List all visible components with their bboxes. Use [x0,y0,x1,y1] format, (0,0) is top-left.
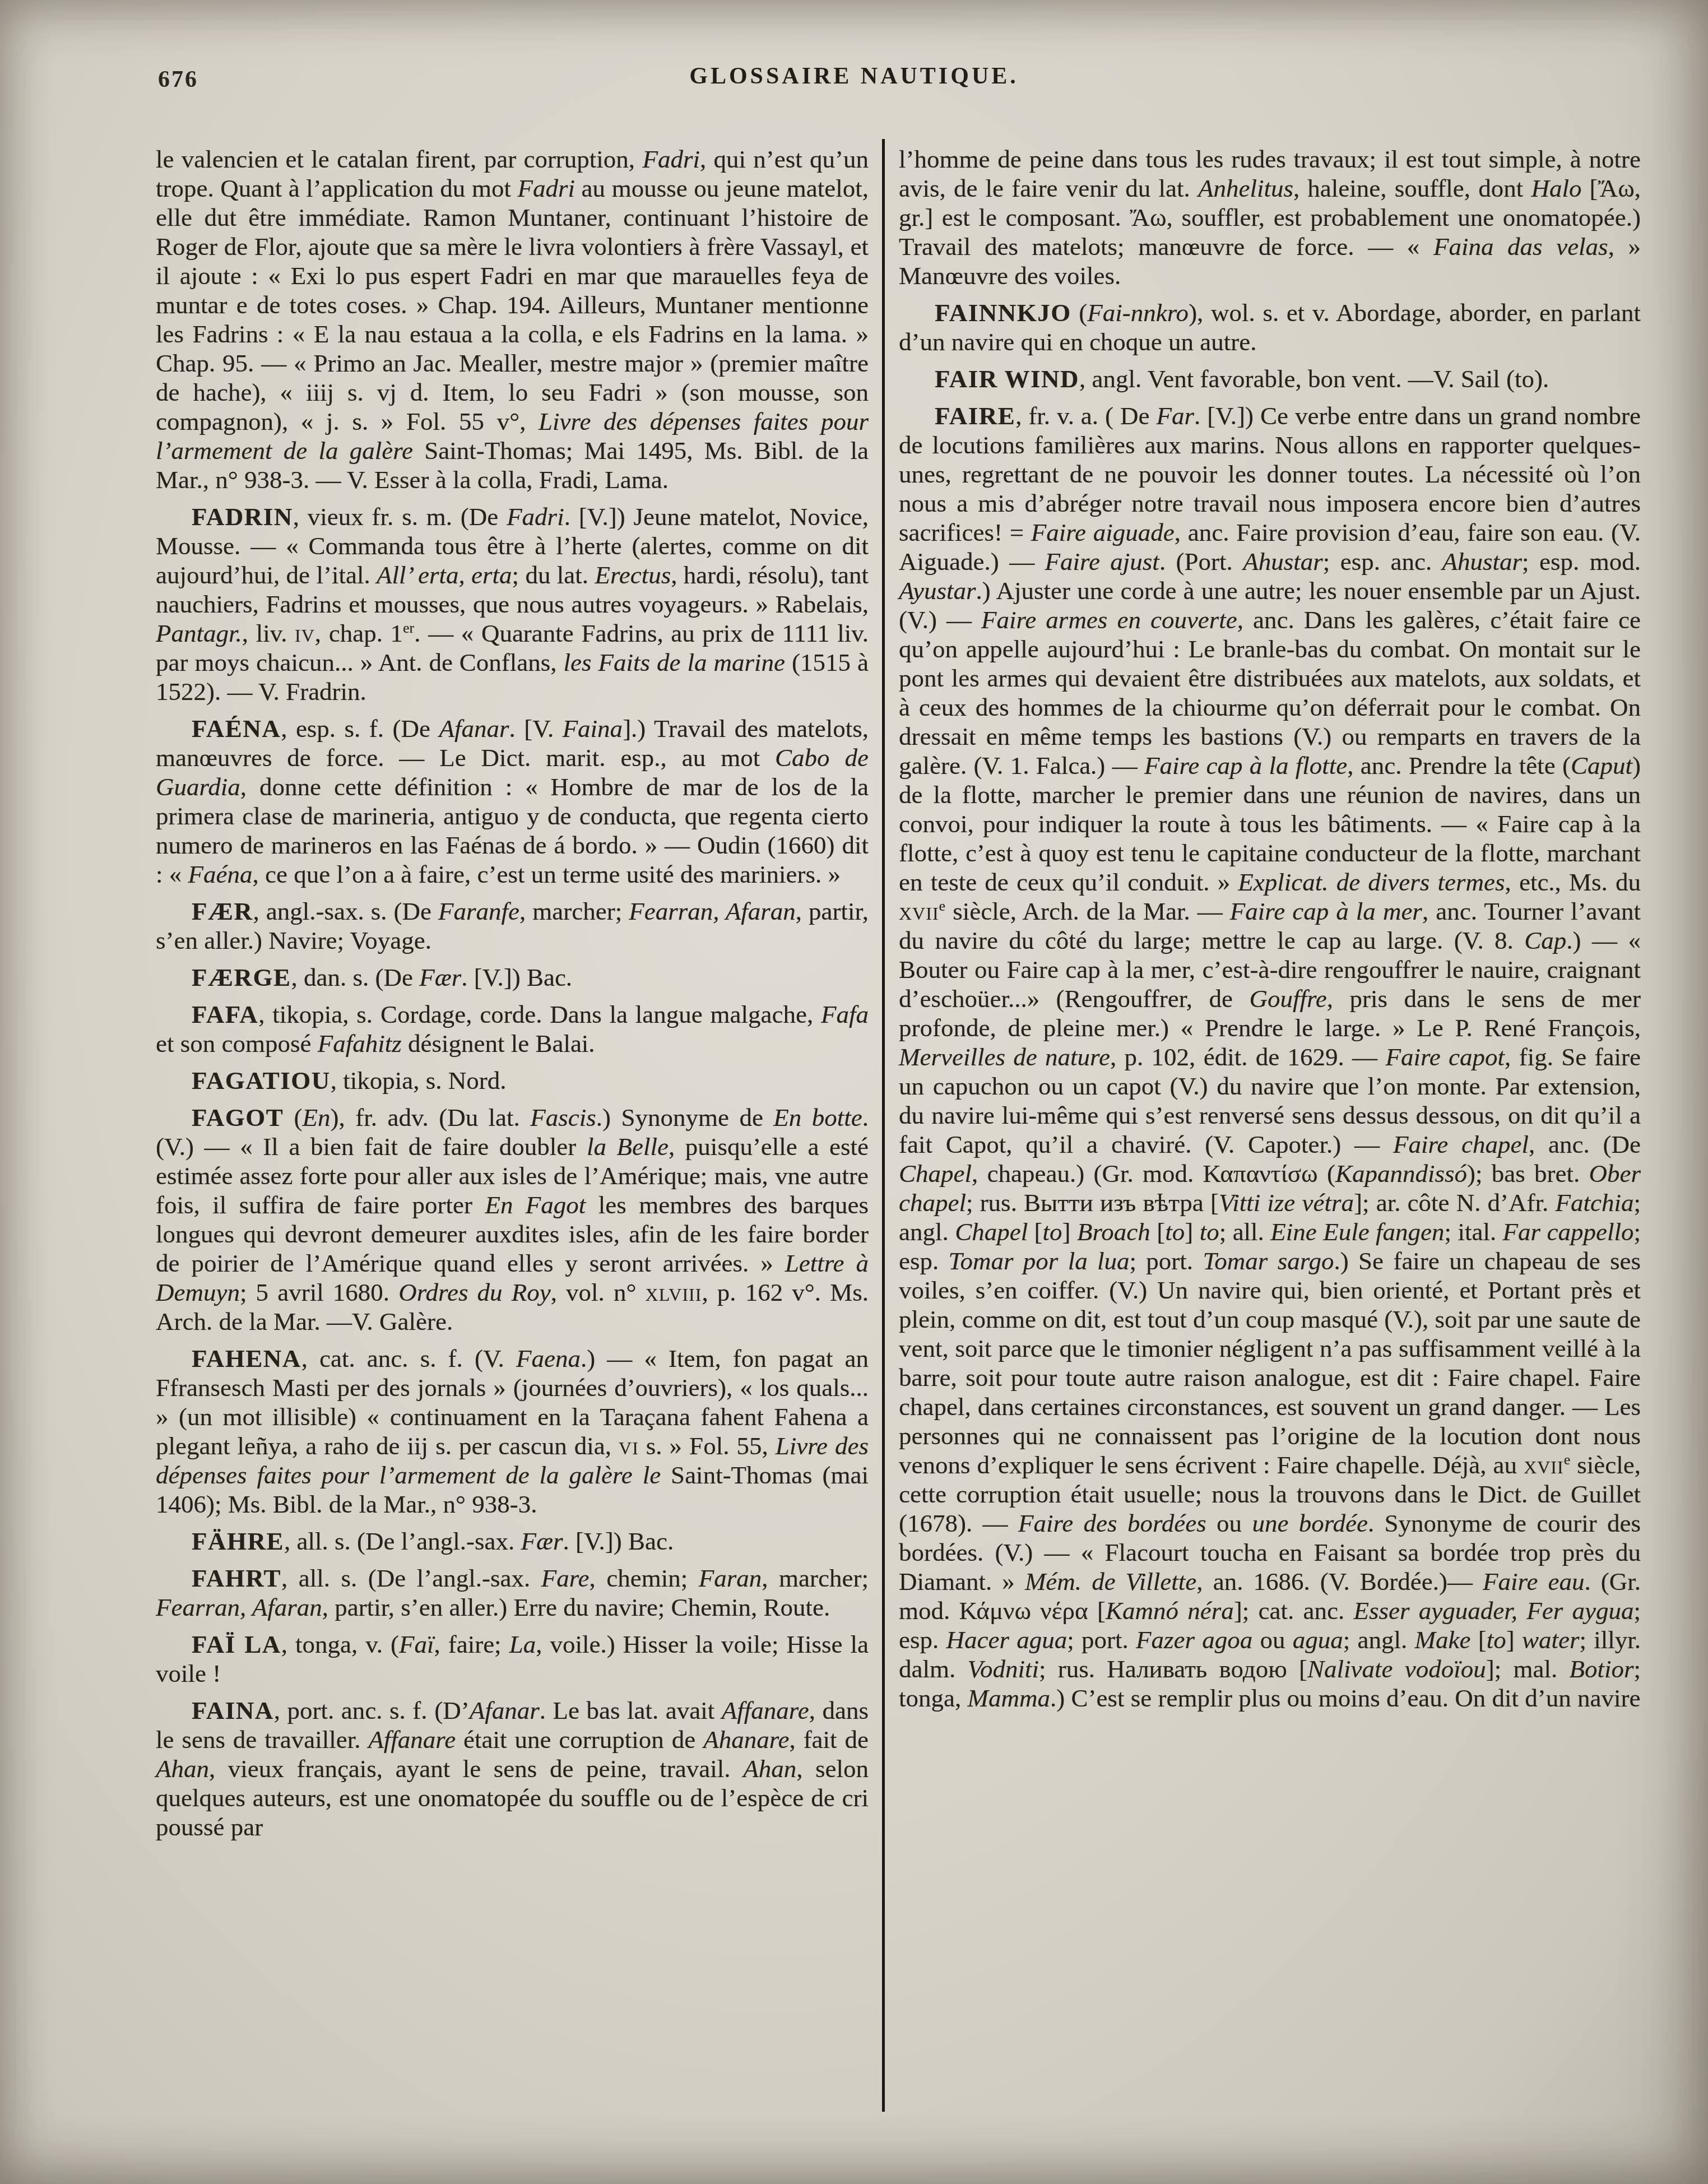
text-run: ( [284,1103,302,1132]
text-run: Faire cap à la mer [1230,897,1422,925]
text-run: Kamnó néra [1106,1597,1234,1625]
entry-headword: FAÏ LA [192,1630,281,1658]
text-run: Halo [1531,174,1581,202]
text-run: ; ital. [1445,1218,1503,1246]
text-run: Ahan [156,1755,209,1783]
text-run: , fr. v. a. ( De [1015,402,1156,430]
text-run: En [303,1103,331,1132]
text-run: Ahanare [703,1726,789,1754]
text-run: Faire ajust [1045,548,1159,576]
text-run: ] [1062,1218,1077,1246]
text-run: ; esp. anc. [1323,548,1442,576]
entry-headword: FAÉNA [192,715,281,743]
text-run: Mém. de Villette [1025,1568,1196,1596]
text-run: , tonga, v. ( [281,1630,399,1658]
text-run: Faire chapel [1393,1130,1529,1158]
dictionary-entry: FAFA, tikopia, s. Cordage, corde. Dans l… [156,1000,869,1058]
entry-headword: FÆRGE [192,963,291,991]
text-run: siècle, Arch. de la Mar. — [945,897,1230,925]
entry-headword: FAHENA [192,1344,301,1372]
text-run: Afanar [439,715,509,743]
column-divider [882,139,885,2112]
text-run: ; all. [1219,1218,1271,1246]
text-run: ( [1071,299,1088,327]
entry-headword: FAIR WIND [935,365,1079,393]
text-run: Faire capot [1385,1043,1505,1071]
text-run: ); bas bret. [1467,1160,1589,1188]
text-run: Tomar por la lua [949,1247,1130,1275]
text-run: , anc. Prendre la tête ( [1347,752,1571,780]
text-run: iv [295,619,315,647]
text-run: .) Se faire un chapeau de ses voiles, s’… [899,1247,1641,1479]
text-run: All’ erta, erta [377,561,512,589]
text-run: , angl. Vent favorable, bon vent. —V. Sa… [1079,365,1549,393]
text-run: , etc., Ms. du [1505,868,1641,896]
text-run: la Belle [587,1133,669,1161]
text-run: to [1487,1626,1506,1654]
dictionary-entry: FAGOT (En), fr. adv. (Du lat. Fascis.) S… [156,1103,869,1336]
entry-headword: FAINNKJO [935,299,1071,327]
text-run: au mousse ou jeune matelot, elle dut êtr… [156,174,869,435]
text-run: Fadri [518,174,575,202]
text-run: Far [1156,402,1194,430]
text-run: Caput [1571,752,1632,780]
text-run: . Le bas lat. avait [540,1696,722,1724]
text-run: agua [1293,1626,1343,1654]
scanned-book-page: 676 GLOSSAIRE NAUTIQUE. le valencien et … [0,0,1708,2184]
entry-headword: FADRIN [192,503,293,531]
text-run: Botior [1569,1655,1633,1683]
text-run: Faire des bordées [1018,1509,1206,1537]
dictionary-entry: FÄHRE, all. s. (De l’angl.-sax. Fær. [V.… [156,1527,869,1556]
dictionary-paragraph: le valencien et le catalan firent, par c… [156,145,869,494]
text-run: Faire eau [1483,1568,1584,1596]
entry-headword: FAFA [192,1000,258,1028]
text-run: ou [1206,1509,1252,1537]
text-run: le valencien et le catalan firent, par c… [156,145,642,173]
dictionary-entry: FADRIN, vieux fr. s. m. (De Fadri. [V.])… [156,502,869,706]
text-run: ; du lat. [512,561,595,589]
text-run: ou [1252,1626,1293,1654]
text-run: , liv. [242,619,295,647]
text-run: Fadri [507,503,564,531]
text-run: était une corruption de [456,1726,703,1754]
entry-headword: FAIRE [935,402,1015,430]
text-run: En botte [773,1103,862,1132]
text-run: Fearran, Afaran [156,1593,322,1621]
entry-headword: FÆR [192,897,253,925]
text-run: Kapanndissó [1335,1160,1467,1188]
text-run: ; rus. Наливать водою [ [1039,1655,1307,1683]
text-run: Chapel [899,1160,972,1188]
text-run: Fær [521,1527,563,1555]
text-run: , chap. 1 [315,619,403,647]
text-run: ; port. [1130,1247,1203,1275]
dictionary-entry: FAHRT, all. s. (De l’angl.-sax. Fare, ch… [156,1564,869,1622]
text-run: , faire; [434,1630,509,1658]
text-run: Fær [419,963,461,991]
text-run: Faranfe [438,897,519,925]
text-run: Fare [541,1564,590,1592]
text-run: Merveilles de nature [899,1043,1110,1071]
text-run: . [V.]) Bac. [461,963,572,991]
text-run: ; rus. Вытти изъ вѣтра [ [966,1189,1219,1217]
text-run: désignent le Balai. [402,1030,595,1058]
text-run: Mamma [967,1684,1050,1712]
dictionary-entry: FAIRE, fr. v. a. ( De Far. [V.]) Ce verb… [899,401,1641,1713]
text-run: Gouffre [1249,985,1326,1013]
dictionary-entry: FAGATIOU, tikopia, s. Nord. [156,1066,869,1095]
text-run: Fadri [642,145,700,173]
text-run: les Faits de la marine [564,648,785,676]
text-run: Ahustar [1442,548,1523,576]
text-run: ; esp. mod. [1522,548,1641,576]
entry-headword: FAGOT [192,1103,284,1132]
text-run: .) C’est se remplir plus ou moins d’eau.… [1050,1684,1641,1712]
text-run: Hacer agua [946,1626,1067,1654]
text-run: Faran [699,1564,762,1592]
text-run: Cap [1524,926,1566,954]
text-run: Fearran, Afaran [629,897,795,925]
text-run: ] [1506,1626,1522,1654]
text-run: Make [1415,1626,1471,1654]
text-run: Faire cap à la flotte [1144,752,1347,780]
text-run: vi [619,1432,639,1460]
text-run: , marcher; [519,897,629,925]
dictionary-entry: FAÉNA, esp. s. f. (De Afanar. [V. Faina]… [156,714,869,889]
text-run: , tikopia, s. Cordage, corde. Dans la la… [258,1000,821,1028]
text-run: Ahan [743,1755,796,1783]
dictionary-entry: FÆR, angl.-sax. s. (De Faranfe, marcher;… [156,897,869,955]
entry-headword: FAGATIOU [192,1067,331,1095]
text-run: Ordres du Roy [398,1278,550,1306]
text-run: water [1522,1626,1580,1654]
text-run: . [V.]) Bac. [563,1527,674,1555]
text-run: . [V. [509,715,562,743]
text-run: Faena [516,1344,581,1372]
text-run: Ahustar [1243,548,1323,576]
text-run: , p. 102, édit. de 1629. — [1110,1043,1386,1071]
text-run: , haleine, souffle, dont [1293,174,1531,202]
text-run: , angl.-sax. s. (De [253,897,439,925]
text-run: Chapel [955,1218,1028,1246]
text-run: , fait de [789,1726,869,1754]
text-run: Affanare [368,1726,456,1754]
text-run: xlviii [646,1278,702,1306]
text-run: , anc. (De [1529,1130,1641,1158]
text-run: Vodniti [968,1655,1039,1683]
text-run: , dan. s. (De [291,963,420,991]
dictionary-entry: FAINNKJO (Fai-nnkro), wol. s. et v. Abor… [899,298,1641,356]
entry-headword: FÄHRE [192,1527,284,1555]
text-run: Esser ayguader, Fer aygua [1353,1597,1633,1625]
text-run: Fai-nnkro [1087,299,1189,327]
text-run: [ [1470,1626,1486,1654]
dictionary-entry: FAIR WIND, angl. Vent favorable, bon ven… [899,364,1641,393]
text-run: Affanare [722,1696,809,1724]
dictionary-entry: FÆRGE, dan. s. (De Fær. [V.]) Bac. [156,963,869,992]
text-run: [ [1028,1218,1042,1246]
text-run: et son composé [156,1030,318,1058]
text-run: Faina [563,715,623,743]
right-column: l’homme de peine dans tous les rudes tra… [899,145,1641,1713]
text-run: Fafahitz [318,1030,402,1058]
text-run: , esp. s. f. (De [281,715,439,743]
text-run: [ [1150,1218,1165,1246]
text-run: Vitti ize vétra [1219,1189,1354,1217]
text-run: ; angl. [1343,1626,1415,1654]
text-run: La [509,1630,536,1658]
text-run: ; 5 avril 1680. [240,1278,398,1306]
text-run: , marcher; [762,1564,869,1592]
text-run: xvii [1524,1451,1564,1479]
text-run: Tomar sargo [1203,1247,1334,1275]
text-run: , vieux français, ayant le sens de peine… [209,1755,743,1783]
dictionary-entry: FAÏ LA, tonga, v. (Faï, faire; La, voile… [156,1630,869,1688]
text-run: , port. anc. s. f. (D’ [274,1696,470,1724]
text-run: Pantagr. [156,619,242,647]
text-run: ]; cat. anc. [1234,1597,1354,1625]
text-run: ; port. [1067,1626,1136,1654]
text-run: , partir, s’en aller.) Erre du navire; C… [322,1593,830,1621]
text-run: Faina das velas [1433,233,1608,261]
text-run: Fatchia [1556,1189,1634,1217]
text-run: ] [1185,1218,1199,1246]
text-run: e [939,898,946,914]
text-run: Faire armes en couverte [981,606,1237,634]
text-run: Fascis [530,1103,596,1132]
text-run: ]; mal. [1486,1655,1570,1683]
text-run: , vol. n° [551,1278,646,1306]
text-run: En Fagot [485,1191,586,1219]
text-run: Faire aiguade [1031,518,1175,546]
text-run: to [1200,1218,1219,1246]
text-run: , an. 1686. (V. Bordée.)— [1196,1568,1483,1596]
text-run: ), fr. adv. (Du lat. [331,1103,531,1132]
text-run: , ce que l’on a à faire, c’est un terme … [252,860,841,888]
text-run: , all. s. (De l’angl.-sax. [281,1564,541,1592]
text-run: s. » Fol. 55, [639,1432,776,1460]
text-run: Anhelitus [1198,174,1293,202]
text-run: . (Port. [1159,548,1243,576]
text-run: , tikopia, s. Nord. [331,1067,507,1095]
dictionary-entry: FAHENA, cat. anc. s. f. (V. Faena.) — « … [156,1344,869,1519]
text-run: Nalivate vodoïou [1307,1655,1486,1683]
page-title: GLOSSAIRE NAUTIQUE. [0,63,1708,90]
dictionary-paragraph: l’homme de peine dans tous les rudes tra… [899,145,1641,290]
left-column: le valencien et le catalan firent, par c… [156,145,869,1842]
text-run: .) Synonyme de [596,1103,774,1132]
text-run: Ayustar [899,577,976,605]
text-run: une bordée [1252,1509,1368,1537]
text-run: Faéna [188,860,253,888]
text-run: er [403,620,414,636]
text-run: Eine Eule fangen [1270,1218,1444,1246]
text-run: e [1564,1452,1571,1468]
text-run: , chemin; [590,1564,699,1592]
text-run: Erectus [595,561,671,589]
text-run: Fafa [821,1000,869,1028]
entry-headword: FAINA [192,1696,274,1724]
text-run: ]; ar. côte N. d’Afr. [1354,1189,1556,1217]
text-run: Fazer agoa [1136,1626,1252,1654]
text-run: , chapeau.) (Gr. mod. Καπαντίσω ( [972,1160,1335,1188]
dictionary-entry: FAINA, port. anc. s. f. (D’Afanar. Le ba… [156,1696,869,1842]
text-run: Broach [1077,1218,1150,1246]
text-run: xvii [899,897,939,925]
text-run: , vieux fr. s. m. (De [293,503,507,531]
text-run: Faï [399,1630,434,1658]
text-run: , all. s. (De l’angl.-sax. [284,1527,521,1555]
entry-headword: FAHRT [192,1564,281,1592]
text-run: , cat. anc. s. f. (V. [301,1344,516,1372]
text-run: to [1165,1218,1185,1246]
text-run: Explicat. de divers termes [1238,868,1505,896]
text-run: Afanar [470,1696,540,1724]
text-run: Far cappello [1503,1218,1634,1246]
text-run: to [1043,1218,1062,1246]
